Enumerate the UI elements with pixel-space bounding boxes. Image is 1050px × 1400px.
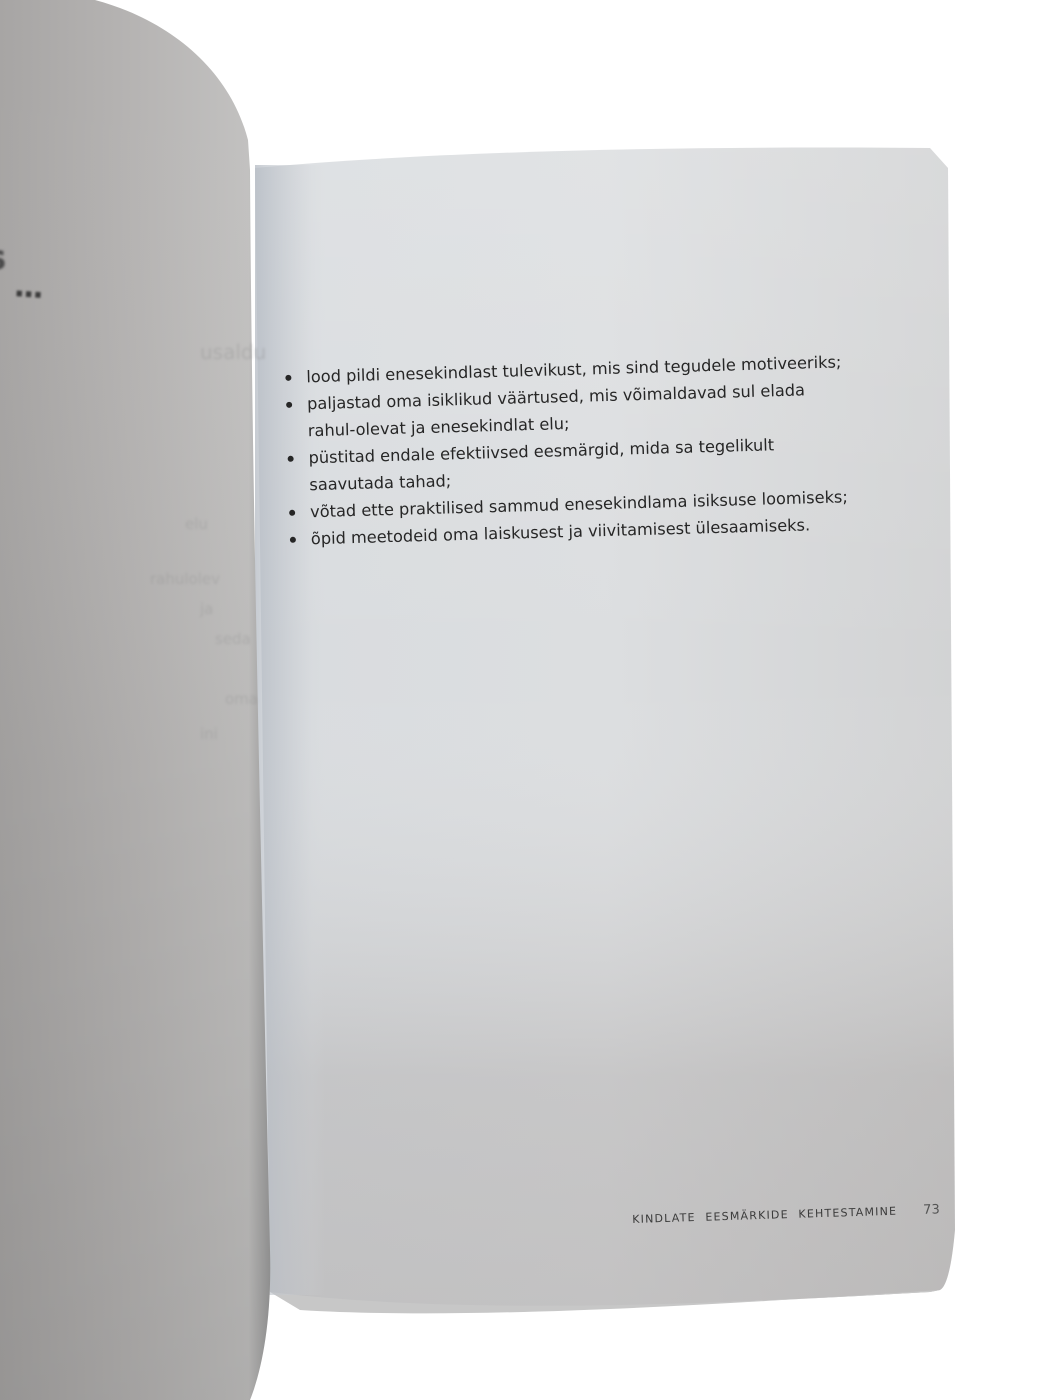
bullet-icon bbox=[286, 402, 292, 408]
bullet-icon bbox=[285, 375, 291, 381]
bleed-through-text: ja bbox=[200, 600, 213, 618]
bullet-icon bbox=[289, 510, 295, 516]
book-photo bbox=[0, 0, 1050, 1400]
bullet-icon bbox=[290, 537, 296, 543]
left-heading-fragment: s bbox=[0, 238, 6, 278]
left-heading-ellipsis: ... bbox=[13, 269, 44, 306]
bleed-through-text: elu bbox=[185, 515, 208, 533]
goals-bullet-list: lood pildi enesekindlast tulevikust, mis… bbox=[282, 348, 857, 553]
bleed-through-text: rahulolev bbox=[150, 570, 220, 588]
list-item-text: püstitad endale efektiivsed eesmärgid, m… bbox=[308, 435, 774, 494]
page-number: 73 bbox=[923, 1202, 940, 1218]
bleed-through-text: oma bbox=[225, 690, 258, 708]
bleed-through-text: usaldu bbox=[200, 340, 266, 364]
list-item-text: paljastad oma isiklikud väärtused, mis v… bbox=[307, 380, 805, 440]
bleed-through-text: ini bbox=[200, 725, 218, 743]
bleed-through-text: seda bbox=[215, 630, 251, 648]
bullet-icon bbox=[288, 456, 294, 462]
